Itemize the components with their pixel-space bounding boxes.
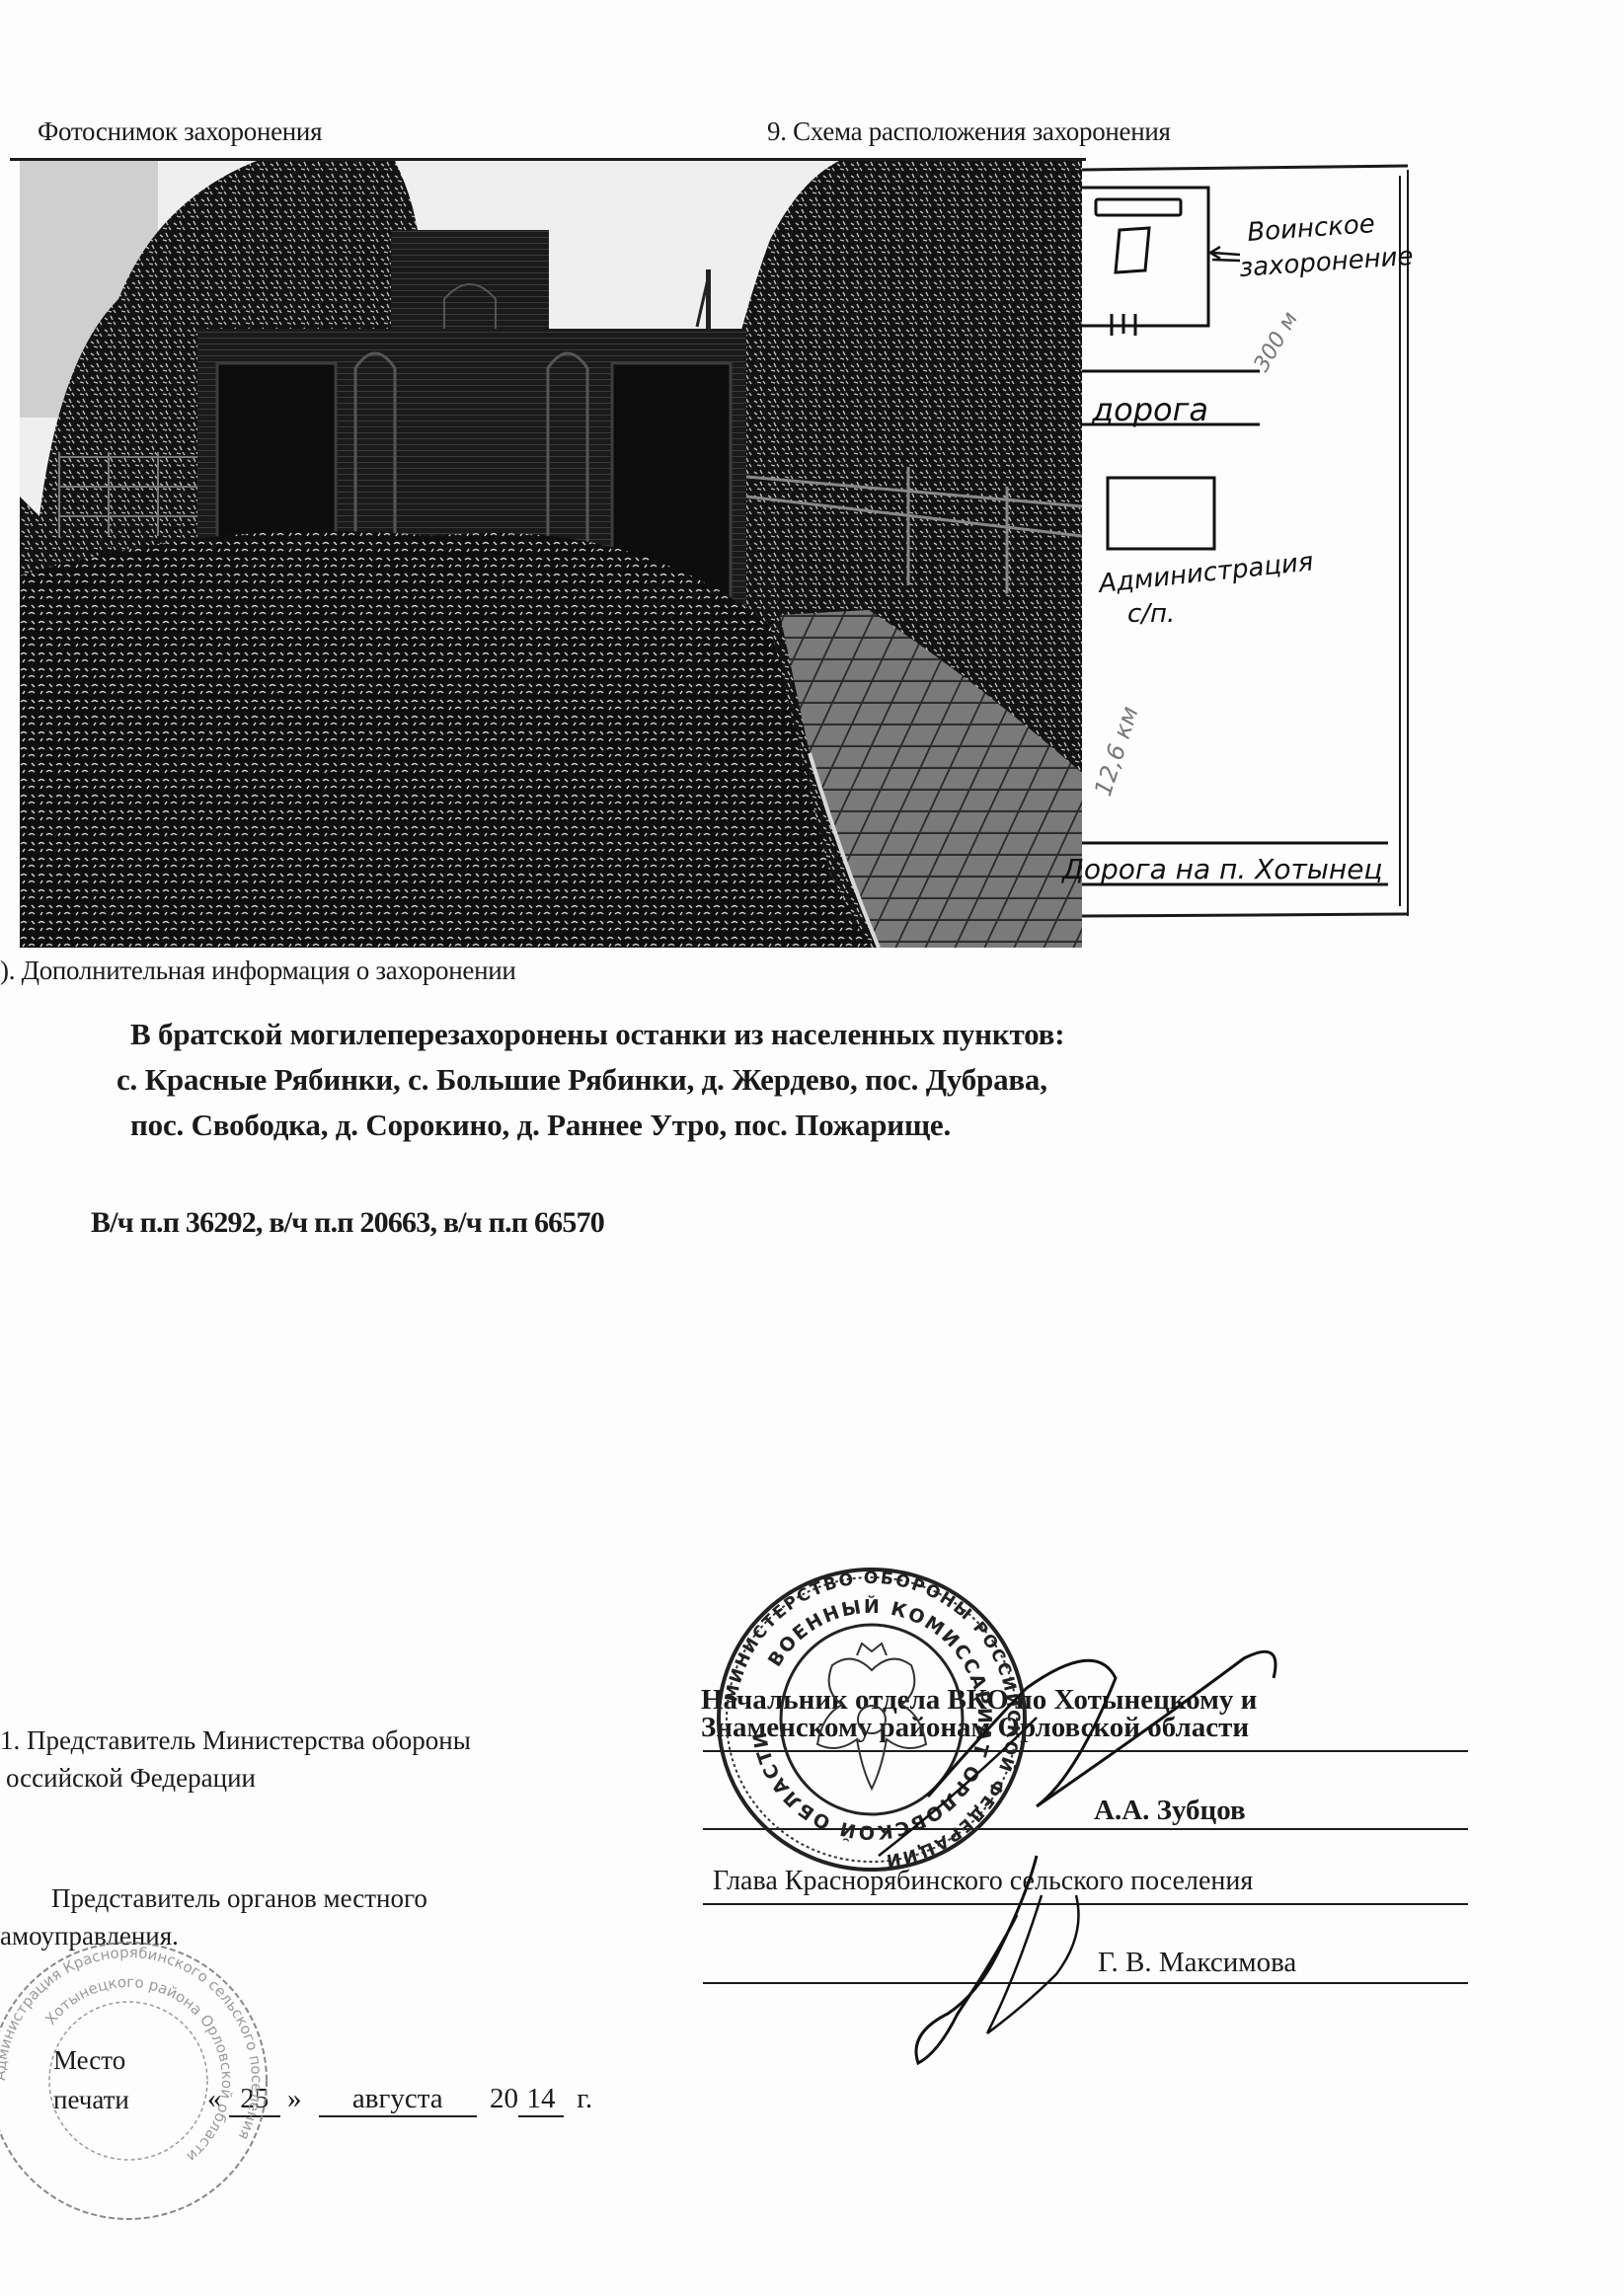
date-close-quote: »: [287, 2083, 302, 2114]
local-signature-line: [703, 1982, 1468, 1984]
signing-date: « 25 » августа 2014 г.: [207, 2083, 592, 2117]
local-administration-stamp: Администрация Краснорябинского сельского…: [0, 1933, 276, 2229]
local-title: Глава Краснорябинского сельского поселен…: [713, 1866, 1253, 1897]
military-units: В/ч п.п 36292, в/ч п.п 20663, в/ч п.п 66…: [91, 1206, 604, 1240]
date-open-quote: «: [207, 2083, 222, 2114]
date-day: 25: [229, 2083, 280, 2117]
memorial-photo-image: [20, 161, 1082, 948]
memorial-grave: [1116, 228, 1149, 272]
burial-photo: [20, 161, 1082, 948]
local-title-underline: [703, 1903, 1468, 1905]
date-month: августа: [319, 2083, 477, 2117]
seal-place-line1: Место: [53, 2045, 125, 2076]
photo-section-label: Фотоснимок захоронения: [38, 116, 322, 147]
local-rep-label-line1: Представитель органов местного: [51, 1883, 427, 1914]
location-scheme: Воинское захоронение 300 м дорога Админи…: [1082, 166, 1408, 918]
bottom-road-label: Дорога на п. Хотынец: [1060, 853, 1382, 885]
mod-title-line2: Знаменскому районам Орловской области: [701, 1712, 1249, 1744]
administration-building: [1108, 478, 1214, 549]
date-year-suffix: 14: [518, 2083, 564, 2117]
pointer-arrow: [1210, 247, 1240, 261]
memorial-plaque: [1096, 199, 1181, 215]
additional-info-line-2: с. Красные Рябинки, с. Большие Рябинки, …: [116, 1062, 1047, 1098]
additional-info-label: ). Дополнительная информация о захоронен…: [0, 956, 516, 986]
memorial-label-line1: Воинское: [1246, 209, 1375, 248]
additional-info-line-3: пос. Свободка, д. Сорокино, д. Раннее Ут…: [130, 1108, 951, 1143]
road-label: дорога: [1091, 391, 1208, 428]
date-suffix: г.: [577, 2083, 592, 2114]
mod-title-underline: [703, 1750, 1468, 1752]
scheme-drawing: Воинское захоронение 300 м дорога Админи…: [1082, 166, 1408, 918]
mod-signature-line: [703, 1828, 1468, 1830]
distance-bottom-note: 12,6 км: [1089, 703, 1144, 800]
scheme-section-label: 9. Схема расположения захоронения: [767, 116, 1171, 147]
mod-signatory-name: А.А. Зубцов: [1094, 1795, 1246, 1827]
local-signatory-name: Г. В. Максимова: [1098, 1947, 1296, 1979]
memorial-label-line2: захоронение: [1238, 242, 1414, 283]
administration-label-line2: с/п.: [1127, 599, 1175, 629]
mod-handwritten-signature: [839, 1599, 1431, 2073]
mod-rep-label-line1: 1. Представитель Министерства обороны: [0, 1725, 471, 1756]
mod-rep-label-line2: оссийской Федерации: [6, 1763, 256, 1794]
seal-place-line2: печати: [53, 2085, 129, 2115]
administration-label-line1: Администрация: [1096, 547, 1315, 599]
additional-info-line-1: В братской могилеперезахоронены останки …: [130, 1017, 1064, 1052]
date-year-prefix: 20: [490, 2083, 518, 2114]
local-rep-label-line2: амоуправления.: [0, 1921, 179, 1952]
distance-top-note: 300 м: [1250, 308, 1303, 376]
